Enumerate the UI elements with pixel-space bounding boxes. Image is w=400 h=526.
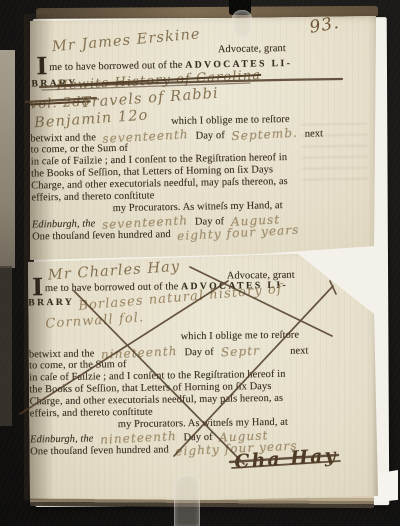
printed-oblige-1: which I oblige me to reſtore <box>171 114 290 127</box>
signed-year-1: eighty four years <box>177 223 300 243</box>
day-of-text-1: Day of <box>196 130 225 142</box>
printed-sum-line-1: to come, or the Sum of <box>31 143 129 156</box>
return-month-1: Septemb. <box>231 126 298 143</box>
borrower-name-1: Mr James Erskine <box>51 26 201 55</box>
printed-sum-line-2: to come, or the Sum of <box>29 359 127 371</box>
borrower-name-2: Mr Charles Hay <box>47 259 180 284</box>
printed-procurators-line-1: my Procurators. As witneſs my Hand, at <box>113 200 283 214</box>
printed-effeirs-line-2: effeirs, and thereto conſtitute <box>30 407 153 420</box>
borrow-entry-2: Mr Charles Hay Advocate, grant I me to h… <box>26 250 378 500</box>
dropcap-I-1: I <box>36 54 48 78</box>
adjacent-page-edge <box>0 50 15 268</box>
printed-betwixt-line-2: betwixt and the nineteenth Day of Septr … <box>29 343 309 361</box>
book-title-cornwall: Cornwall fol. <box>45 310 145 332</box>
return-month-2: Septr <box>220 343 260 359</box>
dropcap-I-2: I <box>32 275 44 299</box>
printed-betwixt-line-1: betwixt and the seventeenth Day of Septe… <box>30 126 323 145</box>
adjacent-page-edge-lower <box>0 266 12 426</box>
book-photo: 93. Mr James Erskine Advocate, grant I m… <box>0 0 400 526</box>
mounting-clip-bottom <box>174 474 200 526</box>
one-thousand-text-2: One thouſand ſeven hundred and <box>30 444 169 457</box>
day-of-text-2: Day of <box>184 347 213 358</box>
printed-charge-line-2: Charge, and other executorials needful, … <box>29 393 283 408</box>
borrowed-text-1: me to have borrowed out of the <box>49 60 183 73</box>
next-text-2: next <box>290 345 308 356</box>
mounting-clip-top-glare <box>232 10 252 39</box>
printed-oblige-2: which I oblige me to reſtore <box>181 330 300 343</box>
borrow-entry-1: 93. Mr James Erskine Advocate, grant I m… <box>28 16 378 262</box>
printed-effeirs-line-1: effeirs, and thereto conſtitute <box>31 190 154 203</box>
printed-brary-2: Brary <box>28 297 74 309</box>
one-thousand-text-1: One thouſand ſeven hundred and <box>32 229 171 242</box>
printed-advocate-grant-1: Advocate, grant <box>218 43 286 55</box>
next-text-1: next <box>305 128 323 139</box>
